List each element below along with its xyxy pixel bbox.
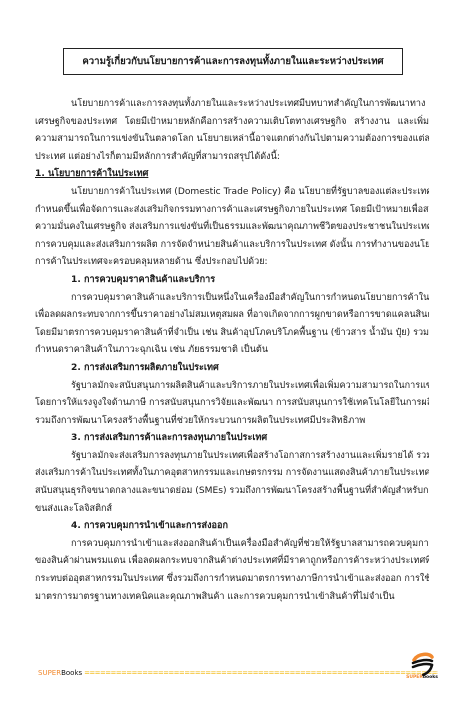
footer-brand-books: Books [61, 669, 82, 677]
logo-books: books [423, 675, 438, 680]
superbooks-logo: SUPERbooks [402, 651, 442, 683]
footer-divider: ========================================… [84, 669, 438, 677]
document-title-box: ความรู้เกี่ยวกับนโยบายการค้าและการลงทุนท… [63, 48, 403, 75]
section-line: ความมั่นคงในเศรษฐกิจ ส่งเสริมการแข่งขันท… [35, 219, 429, 237]
subsection-line: การควบคุมการนำเข้าและส่งออกสินค้าเป็นเคร… [35, 536, 429, 554]
section-line: การควบคุมและส่งเสริมการผลิต การจัดจำหน่า… [35, 237, 429, 255]
subsection-heading: 2. การส่งเสริมการผลิตภายในประเทศ [35, 360, 429, 378]
subsection-line: ขนส่งและโลจิสติกส์ [35, 501, 429, 519]
subsection-line: กำหนดราคาสินค้าในภาวะฉุกเฉิน เช่น ภัยธรร… [35, 342, 429, 360]
intro-line: ความสามารถในการแข่งขันในตลาดโลก นโยบายเห… [35, 131, 429, 149]
subsection-line: เพื่อลดผลกระทบจากการขึ้นราคาอย่างไม่สมเห… [35, 307, 429, 325]
subsection-line: กระทบต่ออุตสาหกรรมในประเทศ ซึ่งรวมถึงการ… [35, 571, 429, 589]
subsection-line: มาตรการมาตรฐานทางเทคนิคและคุณภาพสินค้า แ… [35, 589, 429, 607]
subsection-line: รัฐบาลมักจะส่งเสริมการลงทุนภายในประเทศเพ… [35, 448, 429, 466]
footer-brand-super: SUPER [38, 669, 61, 677]
subsection-heading: 1. การควบคุมราคาสินค้าและบริการ [35, 272, 429, 290]
subsection-line: สนับสนุนธุรกิจขนาดกลางและขนาดย่อม (SMEs)… [35, 483, 429, 501]
document-body: นโยบายการค้าและการลงทุนทั้งภายในและระหว่… [35, 96, 429, 606]
logo-wordmark: SUPERbooks [402, 675, 442, 680]
page-footer: SUPERBooks =============================… [38, 666, 438, 680]
intro-line: เศรษฐกิจของประเทศ โดยมีเป้าหมายหลักคือกา… [35, 114, 429, 132]
intro-line: นโยบายการค้าและการลงทุนทั้งภายในและระหว่… [35, 96, 429, 114]
subsection-heading: 4. การควบคุมการนำเข้าและการส่งออก [35, 518, 429, 536]
subsection-line: ส่งเสริมการค้าในประเทศทั้งในภาคอุตสาหกรร… [35, 465, 429, 483]
subsection-line: โดยมีมาตรการควบคุมราคาสินค้าที่จำเป็น เช… [35, 325, 429, 343]
subsection-line: รวมถึงการพัฒนาโครงสร้างพื้นฐานที่ช่วยให้… [35, 413, 429, 431]
logo-super: SUPER [406, 675, 423, 680]
subsection-line: ของสินค้าผ่านพรมแดน เพื่อลดผลกระทบจากสิน… [35, 553, 429, 571]
section-heading: 1. นโยบายการค้าในประเทศ [35, 166, 429, 184]
document-title: ความรู้เกี่ยวกับนโยบายการค้าและการลงทุนท… [82, 54, 383, 69]
intro-line: ประเทศ แต่อย่างไรก็ตามมีหลักการสำคัญที่ส… [35, 149, 429, 167]
section-line: การค้าในประเทศจะครอบคลุมหลายด้าน ซึ่งประ… [35, 254, 429, 272]
section-line: กำหนดขึ้นเพื่อจัดการและส่งเสริมกิจกรรมทา… [35, 202, 429, 220]
subsection-line: การควบคุมราคาสินค้าและบริการเป็นหนึ่งในเ… [35, 290, 429, 308]
subsection-line: โดยการให้แรงจูงใจด้านภาษี การสนับสนุนการ… [35, 395, 429, 413]
superbooks-swirl-icon [402, 651, 442, 677]
subsection-heading: 3. การส่งเสริมการค้าและการลงทุนภายในประเ… [35, 430, 429, 448]
section-line: นโยบายการค้าในประเทศ (Domestic Trade Pol… [35, 184, 429, 202]
subsection-line: รัฐบาลมักจะสนับสนุนการผลิตสินค้าและบริกา… [35, 378, 429, 396]
